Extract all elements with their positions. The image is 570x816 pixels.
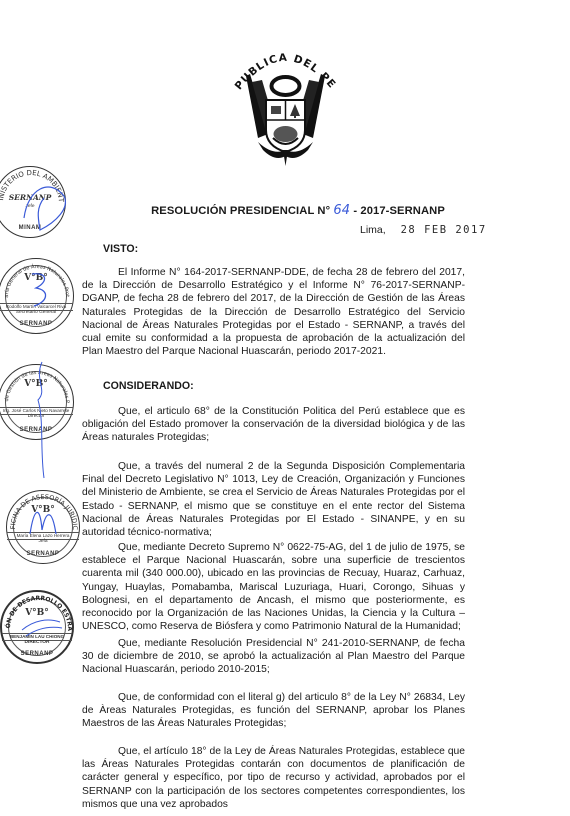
paragraph-considerando-4: Que, mediante Resolución Presidencial N°… (82, 637, 465, 677)
date-line: Lima, 28 FEB 2017 (360, 224, 487, 236)
stamp-bottom-text: SERNANP (2, 651, 72, 657)
stamp-vb: V°B° (0, 379, 73, 389)
resolution-title: RESOLUCIÓN PRESIDENCIAL N° 64 - 2017-SER… (128, 203, 468, 218)
stamp-role: Director (0, 414, 73, 419)
stamp-asesoria-juridica: OFICINA DE ASESORÍA JURÍDICA V°B° María … (6, 490, 80, 564)
date-stamp: 28 FEB 2017 (401, 224, 487, 236)
handwritten-resolution-number: 64 (333, 203, 350, 218)
stamp-center-text: SERNANP (0, 193, 65, 202)
considerando-heading: CONSIDERANDO: (103, 380, 194, 392)
stamp-desarrollo-estrategico: DIRECCIÓN DE DESARROLLO ESTRATÉGICO V°B°… (0, 590, 74, 664)
coat-of-arms: REPUBLICA DEL PERU (228, 38, 343, 166)
paragraph-considerando-3: Que, mediante Decreto Supremo N° 0622-75… (82, 541, 465, 633)
stamp-role: Jefa (7, 539, 79, 544)
stamp-role: Jefe (0, 204, 65, 209)
document-page: REPUBLICA DEL PERU MINISTER (0, 0, 570, 816)
paragraph-considerando-6: Que, el artículo 18° de la Ley de Áreas … (82, 745, 465, 811)
stamp-bottom-text: SERNANP (7, 551, 79, 557)
place-label: Lima, (360, 224, 386, 236)
stamp-bottom-text: SERNANP (0, 321, 73, 327)
stamp-vb: V°B° (2, 608, 72, 618)
paragraph-considerando-1: Que, el articulo 68° de la Constitución … (82, 405, 465, 445)
stamp-role: Secretario General (0, 310, 73, 315)
stamp-secretaria-general: Secretaría General de Áreas Naturales Pr… (0, 258, 74, 334)
title-suffix: - 2017-SERNANP (353, 205, 445, 217)
stamp-vb: V°B° (7, 505, 79, 515)
stamp-minam-jefe: MINISTERIO DEL AMBIENTE SERNANP Jefe MIN… (0, 166, 66, 238)
visto-heading: VISTO: (103, 243, 138, 255)
stamp-role: DIRECTOR (2, 640, 72, 645)
peru-emblem-icon: REPUBLICA DEL PERU (228, 38, 343, 166)
paragraph-visto: El Informe N° 164-2017-SERNANP-DDE, de f… (82, 266, 465, 358)
stamp-bottom-text: MINAM (0, 225, 65, 231)
paragraph-considerando-2: Que, a través del numeral 2 de la Segund… (82, 460, 465, 539)
stamp-bottom-text: SERNANP (0, 427, 73, 433)
stamp-direccion-gestion: Dirección de Gestión de las Áreas Natura… (0, 364, 74, 440)
paragraph-considerando-5: Que, de conformidad con el literal g) de… (82, 691, 465, 731)
title-prefix: RESOLUCIÓN PRESIDENCIAL N° (151, 205, 330, 217)
stamp-vb: V°B° (0, 273, 73, 283)
